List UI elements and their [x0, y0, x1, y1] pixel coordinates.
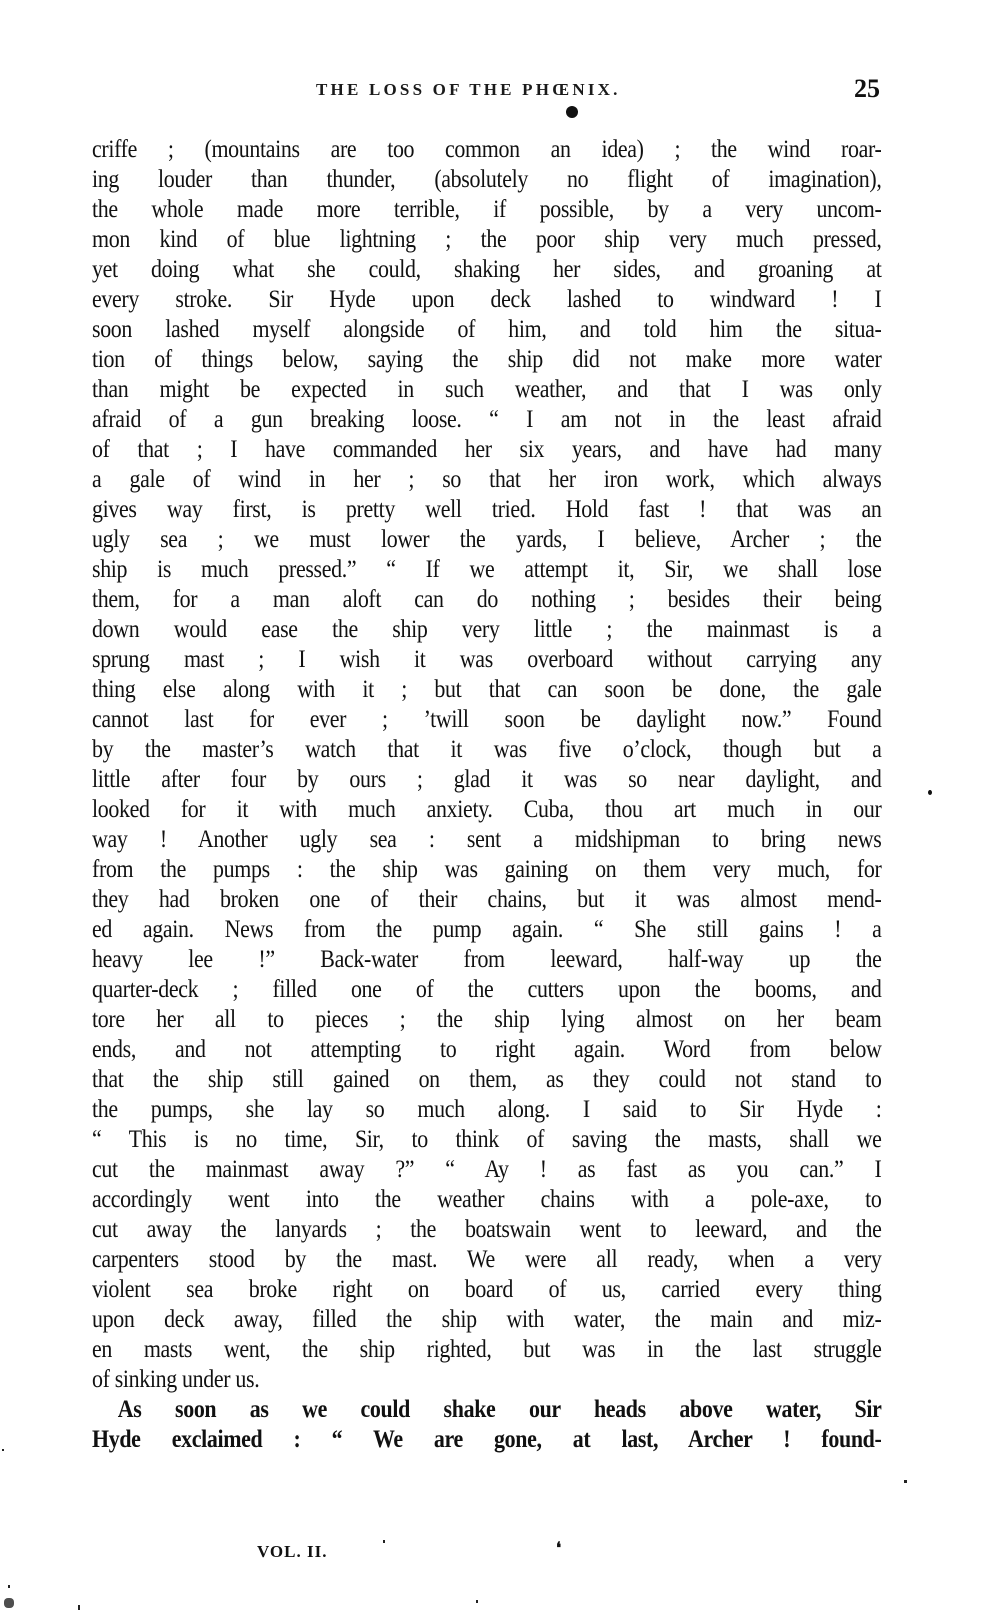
text-line: cut the mainmast away ?” “ Ay ! as fast … — [92, 1154, 881, 1184]
scan-speck — [928, 790, 932, 795]
text-line: violent sea broke right on board of us, … — [92, 1274, 881, 1304]
printer-ornament-icon: ❛ — [556, 1538, 561, 1558]
text-line: tore her all to pieces ; the ship lying … — [92, 1004, 881, 1034]
text-line: by the master’s watch that it was five o… — [92, 734, 881, 764]
ink-dot-ornament — [566, 106, 578, 118]
signature-mark: VOL. II. — [257, 1542, 327, 1562]
text-line: that the ship still gained on them, as t… — [92, 1064, 881, 1094]
text-line: ends, and not attempting to right again.… — [92, 1034, 881, 1064]
text-line: Hyde exclaimed : “ We are gone, at last,… — [92, 1424, 881, 1454]
body-text: criffe ; (mountains are too common an id… — [92, 134, 882, 1454]
paragraph-2: As soon as we could shake our heads abov… — [92, 1394, 882, 1454]
text-line: ed again. News from the pump again. “ Sh… — [92, 914, 881, 944]
text-line: the whole made more terrible, if possibl… — [92, 194, 881, 224]
text-line: accordingly went into the weather chains… — [92, 1184, 881, 1214]
text-line: way ! Another ugly sea : sent a midshipm… — [92, 824, 881, 854]
text-line: criffe ; (mountains are too common an id… — [92, 134, 881, 164]
text-line: the pumps, she lay so much along. I said… — [92, 1094, 881, 1124]
text-line: down would ease the ship very little ; t… — [92, 614, 881, 644]
text-line: thing else along with it ; but that can … — [92, 674, 881, 704]
text-line: afraid of a gun breaking loose. “ I am n… — [92, 404, 881, 434]
text-line: cut away the lanyards ; the boatswain we… — [92, 1214, 881, 1244]
scan-speck — [8, 1585, 10, 1588]
text-line: than might be expected in such weather, … — [92, 374, 881, 404]
running-title: THE LOSS OF THE PHŒNIX. — [316, 80, 621, 100]
scan-speck — [2, 1449, 4, 1451]
text-line: “ This is no time, Sir, to think of savi… — [92, 1124, 881, 1154]
text-line: yet doing what she could, shaking her si… — [92, 254, 881, 284]
scan-speck — [476, 1600, 478, 1603]
scan-speck — [4, 1598, 14, 1608]
text-line: ship is much pressed.” “ If we attempt i… — [92, 554, 881, 584]
text-line: heavy lee !” Back-water from leeward, ha… — [92, 944, 881, 974]
book-page: THE LOSS OF THE PHŒNIX. 25 criffe ; (mou… — [0, 0, 1000, 1612]
text-line: quarter-deck ; filled one of the cutters… — [92, 974, 881, 1004]
text-line: looked for it with much anxiety. Cuba, t… — [92, 794, 881, 824]
text-line: from the pumps : the ship was gaining on… — [92, 854, 881, 884]
text-line: a gale of wind in her ; so that her iron… — [92, 464, 881, 494]
scan-speck — [383, 1540, 385, 1543]
text-line: soon lashed myself alongside of him, and… — [92, 314, 881, 344]
text-line: they had broken one of their chains, but… — [92, 884, 881, 914]
text-line: ugly sea ; we must lower the yards, I be… — [92, 524, 881, 554]
text-line: en masts went, the ship righted, but was… — [92, 1334, 881, 1364]
text-line: cannot last for ever ; ’twill soon be da… — [92, 704, 881, 734]
text-line: mon kind of blue lightning ; the poor sh… — [92, 224, 881, 254]
text-line: gives way first, is pretty well tried. H… — [92, 494, 881, 524]
text-line: carpenters stood by the mast. We were al… — [92, 1244, 881, 1274]
text-line: upon deck away, filled the ship with wat… — [92, 1304, 881, 1334]
text-line: of that ; I have commanded her six years… — [92, 434, 881, 464]
text-line: of sinking under us. — [92, 1364, 881, 1394]
scan-speck — [78, 1605, 80, 1610]
text-line: As soon as we could shake our heads abov… — [92, 1394, 881, 1424]
page-number: 25 — [854, 74, 880, 104]
text-line: little after four by ours ; glad it was … — [92, 764, 881, 794]
text-line: tion of things below, saying the ship di… — [92, 344, 881, 374]
text-line: ing louder than thunder, (absolutely no … — [92, 164, 881, 194]
scan-speck — [904, 1480, 907, 1483]
text-line: every stroke. Sir Hyde upon deck lashed … — [92, 284, 881, 314]
text-line: sprung mast ; I wish it was overboard wi… — [92, 644, 881, 674]
text-line: them, for a man aloft can do nothing ; b… — [92, 584, 881, 614]
paragraph-1: criffe ; (mountains are too common an id… — [92, 134, 882, 1394]
